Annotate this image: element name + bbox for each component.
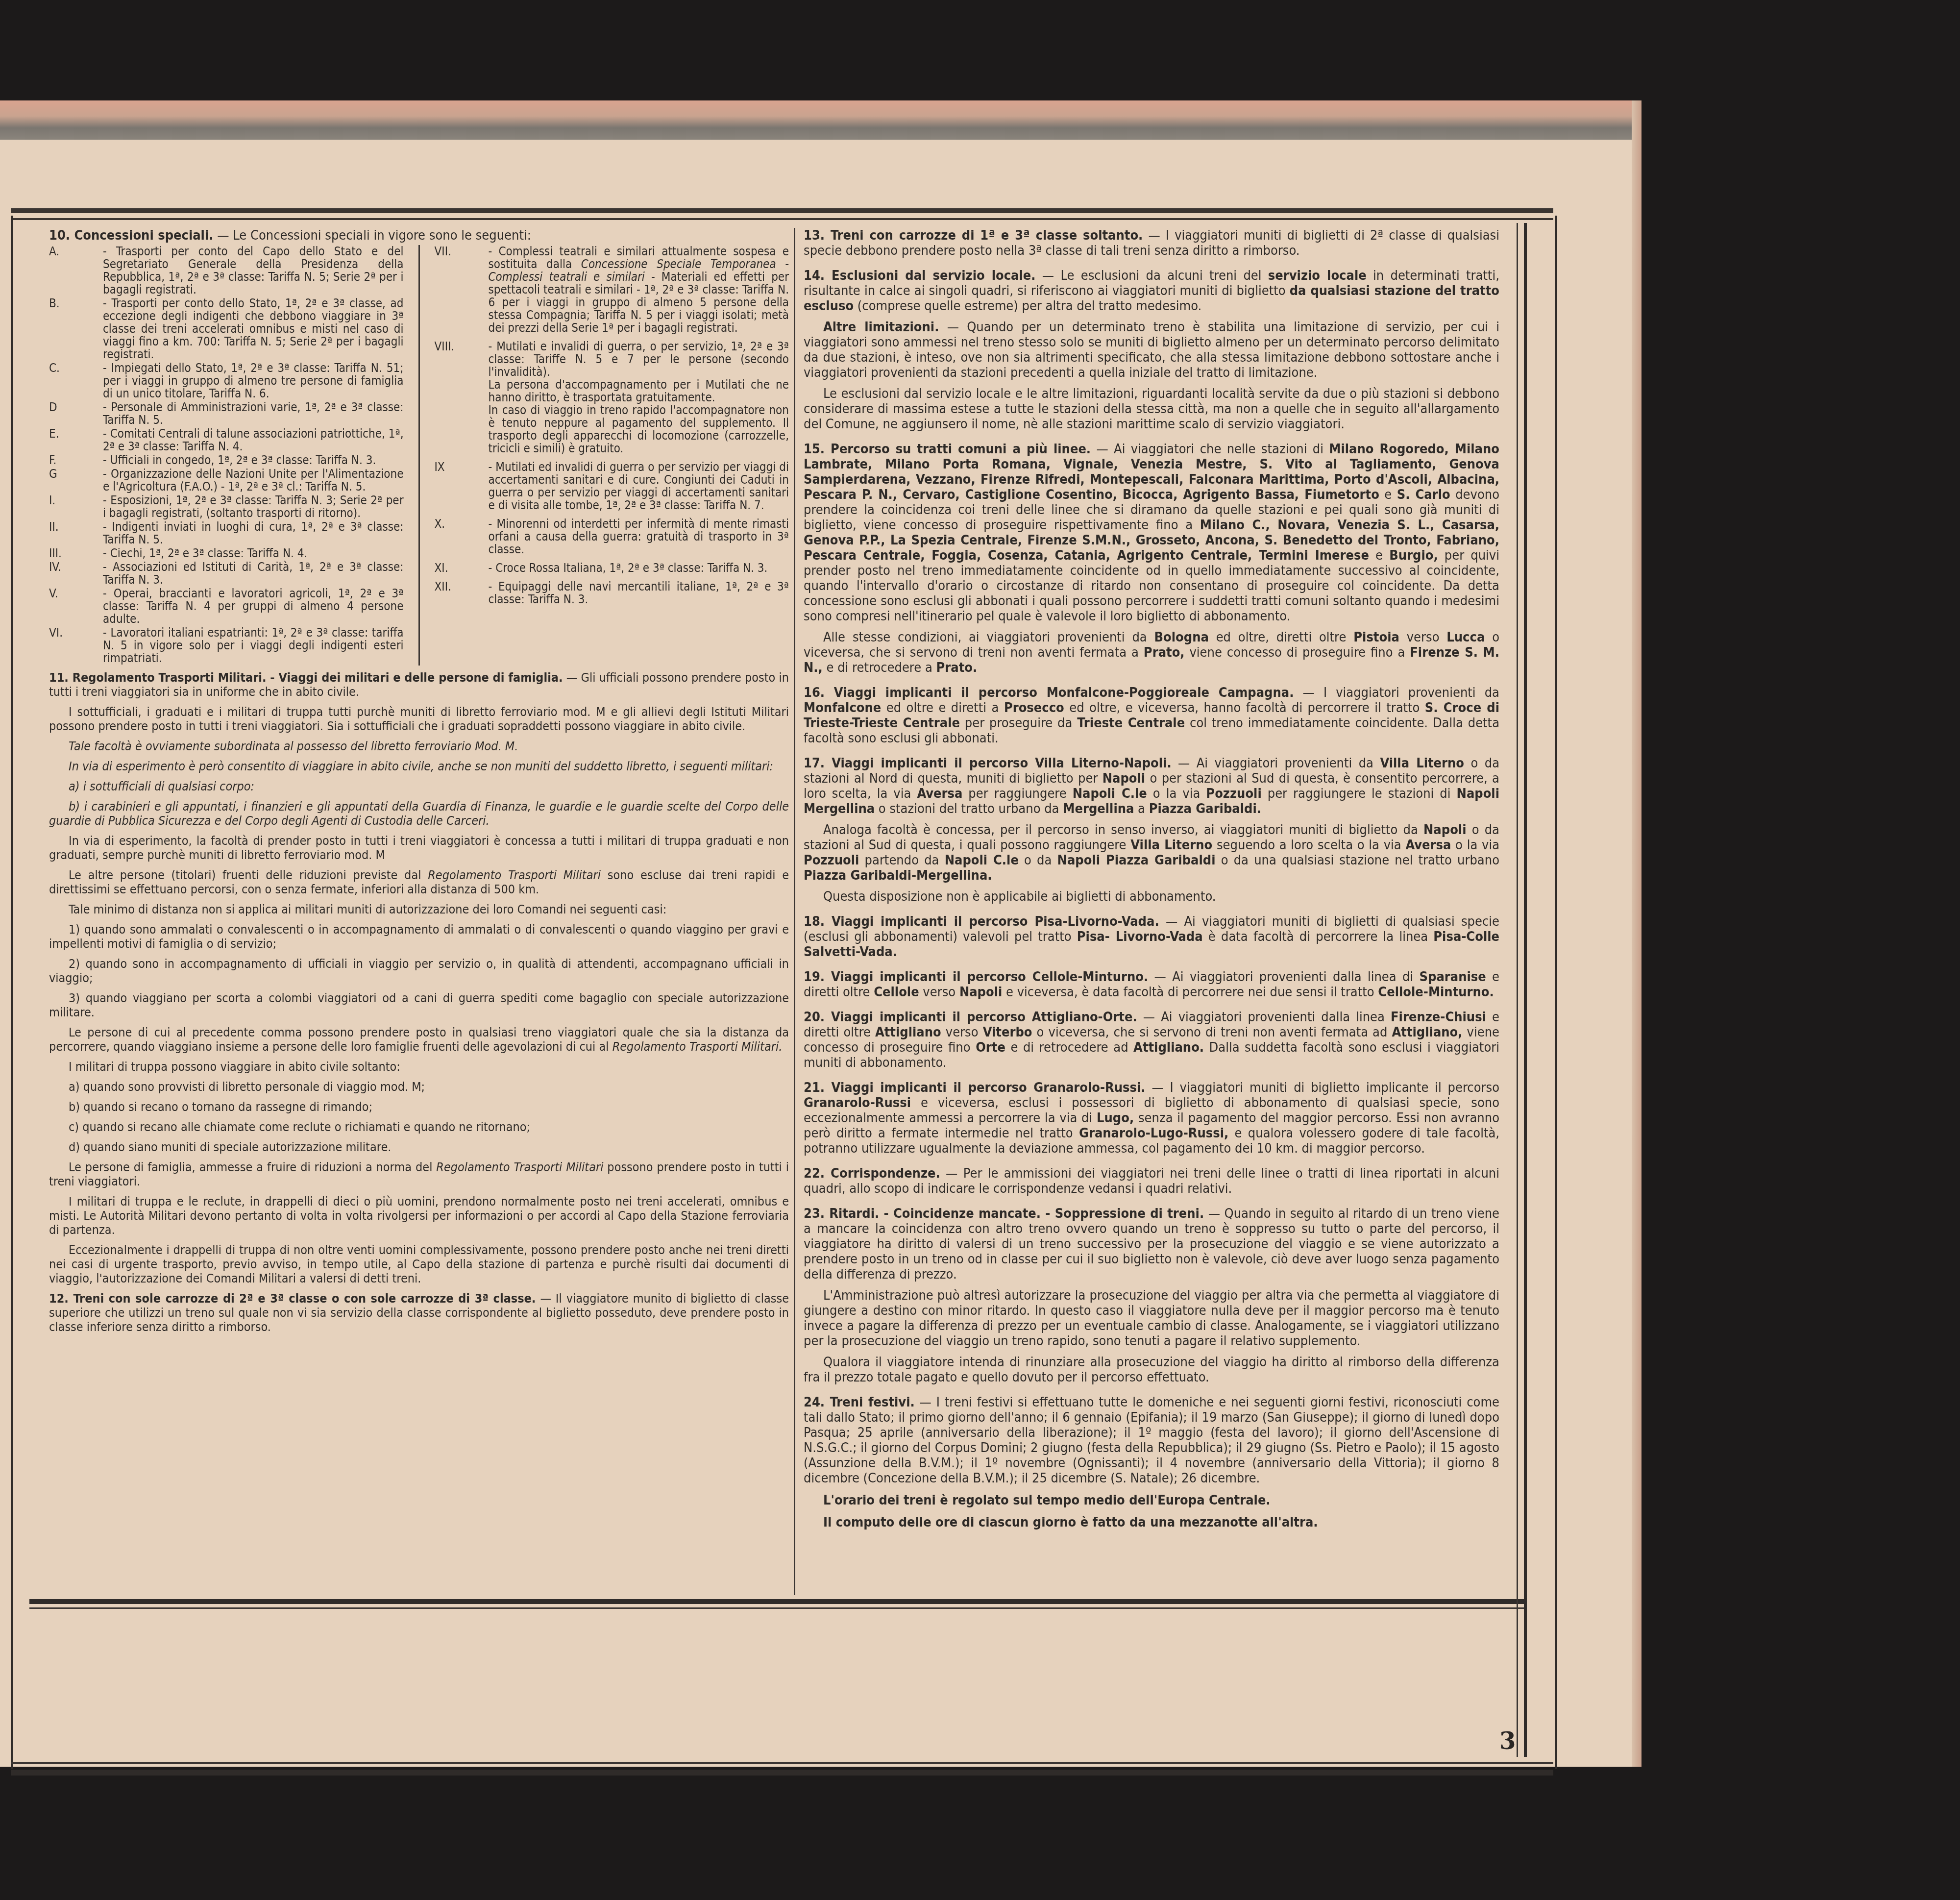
section-15-title: 15. Percorso su tratti comuni a più line… <box>804 442 1091 457</box>
item-key: VII. <box>435 245 489 334</box>
item-key: XII. <box>435 580 489 606</box>
section-15-p2: Alle stesse condizioni, ai viaggiatori p… <box>804 630 1499 675</box>
section-13: 13. Treni con carrozze di 1ª e 3ª classe… <box>804 228 1499 258</box>
section-11-p5: In via di esperimento, la facoltà di pre… <box>49 834 789 862</box>
section-22: 22. Corrispondenze. — Per le ammissioni … <box>804 1166 1499 1196</box>
list-item: III.- Ciechi, 1ª, 2ª e 3ª classe: Tariff… <box>49 547 404 560</box>
section-23-p2: L'Amministrazione può altresì autorizzar… <box>804 1288 1499 1349</box>
item-key: IX <box>435 461 489 512</box>
item-text: - Mutilati ed invalidi di guerra o per s… <box>489 461 789 512</box>
list-item: C.- Impiegati dello Stato, 1ª, 2ª e 3ª c… <box>49 362 404 400</box>
item-text: - Associazioni ed Istituti di Carità, 1ª… <box>103 561 404 586</box>
item-text: - Trasporti per conto del Capo dello Sta… <box>103 245 404 296</box>
section-19-title: 19. Viaggi implicanti il percorso Cellol… <box>804 969 1148 985</box>
page-top-edge <box>0 100 1641 140</box>
list-item: IV.- Associazioni ed Istituti di Carità,… <box>49 561 404 586</box>
section-11-civil-c: c) quando si recano alle chiamate come r… <box>49 1120 789 1134</box>
right-frame-rule <box>1517 223 1518 1757</box>
section-14: 14. Esclusioni dal servizio locale. — Le… <box>804 268 1499 314</box>
list-item-x: X. - Minorenni od interdetti per infermi… <box>435 518 789 556</box>
section-11-p7: Tale minimo di distanza non si applica a… <box>49 902 789 916</box>
section-16: 16. Viaggi implicanti il percorso Monfal… <box>804 685 1499 746</box>
section-10-list-right: VII. - Complessi teatrali e similari att… <box>435 245 789 666</box>
list-item: VI.- Lavoratori italiani espatrianti: 1ª… <box>49 626 404 665</box>
section-11-p6: Le altre persone (titolari) fruenti dell… <box>49 868 789 896</box>
section-10-list-left: A.- Trasporti per conto del Capo dello S… <box>49 245 404 666</box>
section-17-title: 17. Viaggi implicanti il percorso Villa … <box>804 756 1172 771</box>
left-column: 10. Concessioni speciali. — Le Concessio… <box>49 228 789 1590</box>
section-10-heading: 10. Concessioni speciali. — Le Concessio… <box>49 228 789 243</box>
frame-bottom-rule <box>11 1762 1553 1776</box>
section-11: 11. Regolamento Trasporti Militari. - Vi… <box>49 670 789 1285</box>
item-text: - Minorenni od interdetti per infermità … <box>489 518 789 556</box>
section-bottom-rule-thin <box>29 1607 1524 1609</box>
section-11-p1: 11. Regolamento Trasporti Militari. - Vi… <box>49 670 789 699</box>
item-text: - Impiegati dello Stato, 1ª, 2ª e 3ª cla… <box>103 362 404 400</box>
section-14-title: 14. Esclusioni dal servizio locale. <box>804 268 1036 283</box>
section-11-p4a: a) i sottufficiali di qualsiasi corpo: <box>49 779 789 793</box>
section-21-title: 21. Viaggi implicanti il percorso Granar… <box>804 1080 1146 1095</box>
section-19: 19. Viaggi implicanti il percorso Cellol… <box>804 969 1499 1000</box>
section-20-title: 20. Viaggi implicanti il percorso Attigl… <box>804 1010 1137 1025</box>
item-key: II. <box>49 520 103 546</box>
timezone-note: L'orario dei treni è regolato sul tempo … <box>804 1493 1499 1508</box>
item-text: - Ufficiali in congedo, 1ª, 2ª e 3ª clas… <box>103 454 404 467</box>
section-10-list-divider <box>418 245 420 666</box>
section-24: 24. Treni festivi. — I treni festivi si … <box>804 1395 1499 1486</box>
section-10-intro: — Le Concessioni speciali in vigore sono… <box>217 228 531 243</box>
section-bottom-rule <box>29 1599 1524 1604</box>
section-13-title: 13. Treni con carrozze di 1ª e 3ª classe… <box>804 228 1143 243</box>
list-item-xii: XII. - Equipaggi delle navi mercantili i… <box>435 580 789 606</box>
item-text: - Operai, braccianti e lavoratori agrico… <box>103 587 404 625</box>
section-11-p2: I sottufficiali, i graduati e i militari… <box>49 705 789 733</box>
list-item: II.- Indigenti inviati in luoghi di cura… <box>49 520 404 546</box>
section-14-altre-p2: Le esclusioni dal servizio locale e le a… <box>804 386 1499 432</box>
item-key: IV. <box>49 561 103 586</box>
list-item-viii: VIII. - Mutilati e invalidi di guerra, o… <box>435 340 789 455</box>
item-key: A. <box>49 245 103 296</box>
page-number: 3 <box>1499 1727 1516 1755</box>
section-11-p3: Tale facoltà è ovviamente subordinata al… <box>49 739 789 753</box>
section-12-title: 12. Treni con sole carrozze di 2ª e 3ª c… <box>49 1291 536 1306</box>
item-key: G <box>49 468 103 493</box>
item-text: - Ciechi, 1ª, 2ª e 3ª classe: Tariffa N.… <box>103 547 404 560</box>
section-12: 12. Treni con sole carrozze di 2ª e 3ª c… <box>49 1291 789 1334</box>
right-frame-rule-thick <box>1524 223 1527 1757</box>
section-23-title: 23. Ritardi. - Coincidenze mancate. - So… <box>804 1206 1204 1221</box>
item-key: B. <box>49 297 103 361</box>
page-right-edge <box>1632 100 1641 1767</box>
item-text: - Trasporti per conto dello Stato, 1ª, 2… <box>103 297 404 361</box>
item-key: X. <box>435 518 489 556</box>
section-11-title: 11. Regolamento Trasporti Militari. - Vi… <box>49 670 563 685</box>
list-item: E.- Comitati Centrali di talune associaz… <box>49 427 404 453</box>
item-key: VI. <box>49 626 103 665</box>
list-item: D- Personale di Amministrazioni varie, 1… <box>49 401 404 426</box>
section-10-list: A.- Trasporti per conto del Capo dello S… <box>49 245 789 666</box>
section-17: 17. Viaggi implicanti il percorso Villa … <box>804 756 1499 816</box>
list-item: I.- Esposizioni, 1ª, 2ª e 3ª classe: Tar… <box>49 494 404 519</box>
document-page: 10. Concessioni speciali. — Le Concessio… <box>0 100 1641 1767</box>
right-column: 13. Treni con carrozze di 1ª e 3ª classe… <box>804 228 1499 1590</box>
item-text: - Comitati Centrali di talune associazio… <box>103 427 404 453</box>
list-item: F.- Ufficiali in congedo, 1ª, 2ª e 3ª cl… <box>49 454 404 467</box>
content-area: 10. Concessioni speciali. — Le Concessio… <box>20 223 1539 1757</box>
section-11-civil-d: d) quando siano muniti di speciale autor… <box>49 1140 789 1154</box>
item-key: E. <box>49 427 103 453</box>
section-11-case-1: 1) quando sono ammalati o convalescenti … <box>49 922 789 951</box>
section-11-p10: Le persone di famiglia, ammesse a fruire… <box>49 1160 789 1188</box>
list-item-vii: VII. - Complessi teatrali e similari att… <box>435 245 789 334</box>
list-item: A.- Trasporti per conto del Capo dello S… <box>49 245 404 296</box>
item-text: - Complessi teatrali e similari attualme… <box>489 245 789 334</box>
item-text: - Esposizioni, 1ª, 2ª e 3ª classe: Tarif… <box>103 494 404 519</box>
item-key: VIII. <box>435 340 489 455</box>
section-11-civil-a: a) quando sono provvisti di libretto per… <box>49 1080 789 1094</box>
section-11-p8: Le persone di cui al precedente comma po… <box>49 1025 789 1054</box>
item-text: - Lavoratori italiani espatrianti: 1ª, 2… <box>103 626 404 665</box>
item-text: - Equipaggi delle navi mercantili italia… <box>489 580 789 606</box>
item-key: I. <box>49 494 103 519</box>
section-16-title: 16. Viaggi implicanti il percorso Monfal… <box>804 685 1294 700</box>
item-key: F. <box>49 454 103 467</box>
section-11-p4b: b) i carabinieri e gli appuntati, i fina… <box>49 799 789 828</box>
section-11-civil-b: b) quando si recano o tornano da rassegn… <box>49 1100 789 1114</box>
section-11-case-2: 2) quando sono in accompagnamento di uff… <box>49 957 789 985</box>
item-text: - Mutilati e invalidi di guerra, o per s… <box>489 340 789 455</box>
item-text: - Croce Rossa Italiana, 1ª, 2ª e 3ª clas… <box>489 562 789 574</box>
altre-limitazioni-title: Altre limitazioni. <box>823 320 939 335</box>
section-15: 15. Percorso su tratti comuni a più line… <box>804 442 1499 624</box>
section-17-p3: Questa disposizione non è applicabile ai… <box>804 889 1499 904</box>
section-11-p4: In via di esperimento è però consentito … <box>49 759 789 773</box>
list-item-ix: IX - Mutilati ed invalidi di guerra o pe… <box>435 461 789 512</box>
section-20: 20. Viaggi implicanti il percorso Attigl… <box>804 1010 1499 1070</box>
section-22-title: 22. Corrispondenze. <box>804 1166 940 1181</box>
list-item: G- Organizzazione delle Nazioni Unite pe… <box>49 468 404 493</box>
list-item: V.- Operai, braccianti e lavoratori agri… <box>49 587 404 625</box>
section-11-p12: Eccezionalmente i drappelli di truppa di… <box>49 1243 789 1285</box>
section-17-p2: Analoga facoltà è concessa, per il perco… <box>804 822 1499 883</box>
item-key: V. <box>49 587 103 625</box>
section-18: 18. Viaggi implicanti il percorso Pisa-L… <box>804 914 1499 960</box>
item-text: - Personale di Amministrazioni varie, 1ª… <box>103 401 404 426</box>
item-text: - Organizzazione delle Nazioni Unite per… <box>103 468 404 493</box>
section-23: 23. Ritardi. - Coincidenze mancate. - So… <box>804 1206 1499 1282</box>
section-10-title: 10. Concessioni speciali. <box>49 228 213 243</box>
item-text: - Indigenti inviati in luoghi di cura, 1… <box>103 520 404 546</box>
section-24-title: 24. Treni festivi. <box>804 1395 915 1410</box>
column-divider <box>794 228 795 1595</box>
section-23-p3: Qualora il viaggiatore intenda di rinunz… <box>804 1355 1499 1385</box>
list-item: B.- Trasporti per conto dello Stato, 1ª,… <box>49 297 404 361</box>
item-key: III. <box>49 547 103 560</box>
section-14-altre: Altre limitazioni. — Quando per un deter… <box>804 320 1499 380</box>
item-key: D <box>49 401 103 426</box>
section-11-p11: I militari di truppa e le reclute, in dr… <box>49 1194 789 1237</box>
section-18-title: 18. Viaggi implicanti il percorso Pisa-L… <box>804 914 1159 929</box>
item-key: C. <box>49 362 103 400</box>
list-item-xi: XI. - Croce Rossa Italiana, 1ª, 2ª e 3ª … <box>435 562 789 574</box>
item-key: XI. <box>435 562 489 574</box>
section-11-case-3: 3) quando viaggiano per scorta a colombi… <box>49 991 789 1019</box>
section-11-p9: I militari di truppa possono viaggiare i… <box>49 1060 789 1074</box>
section-21: 21. Viaggi implicanti il percorso Granar… <box>804 1080 1499 1156</box>
day-count-note: Il computo delle ore di ciascun giorno è… <box>804 1515 1499 1530</box>
